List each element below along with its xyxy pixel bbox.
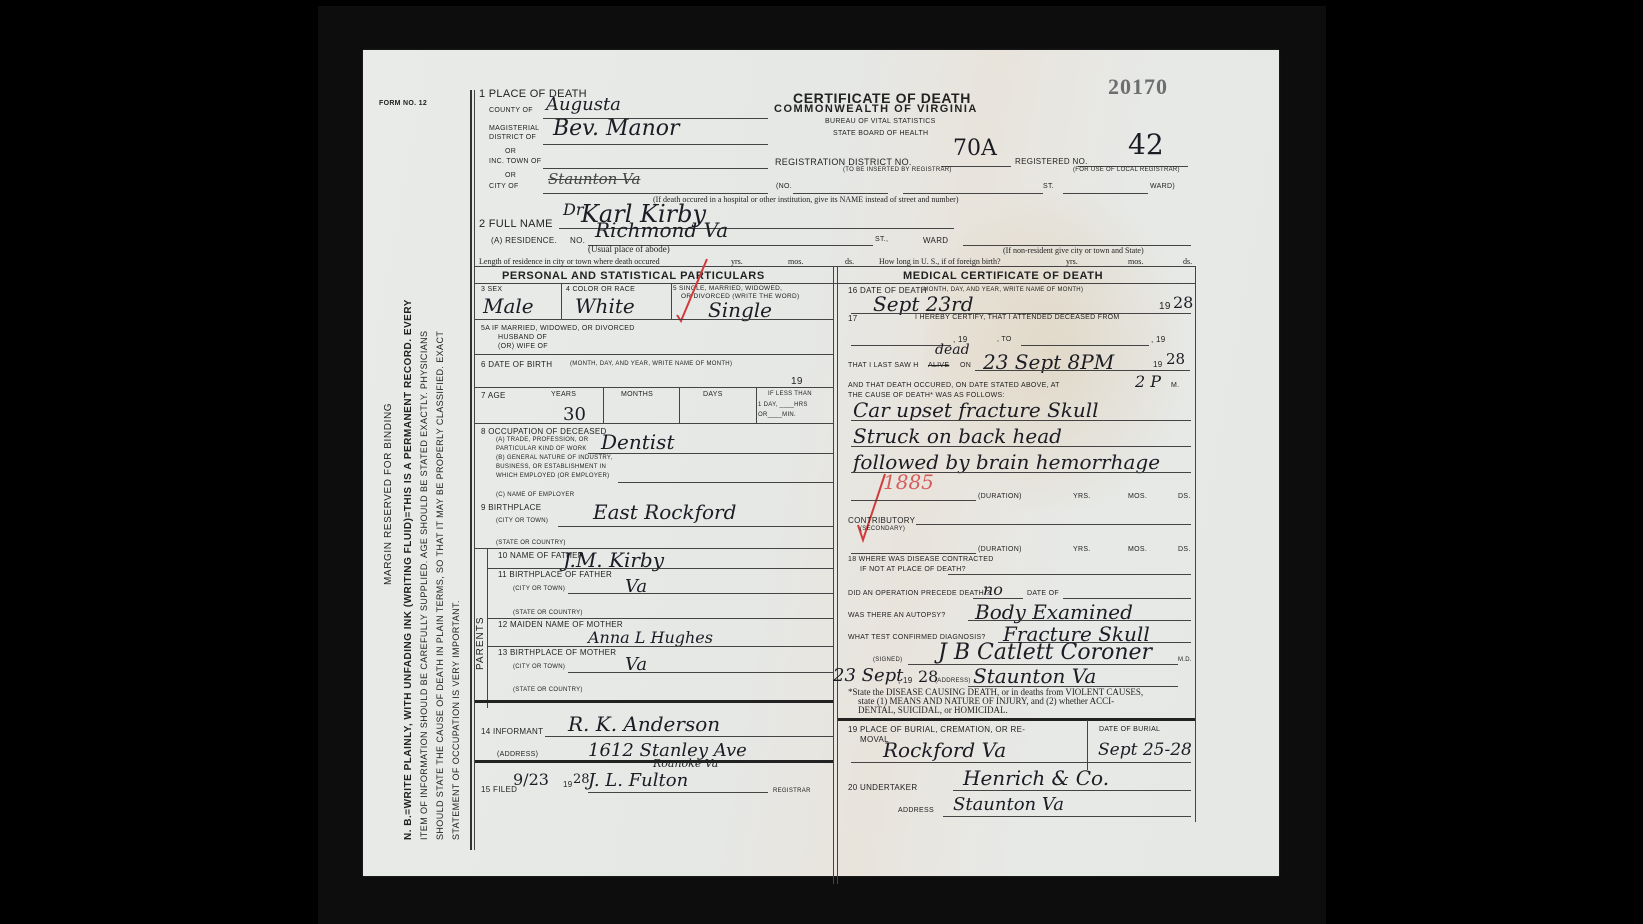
occ-b-1: (B) GENERAL NATURE OF INDUSTRY, — [496, 455, 612, 461]
length-residence-label: Length of residence in city or town wher… — [479, 257, 660, 266]
sex-value: Male — [483, 294, 534, 318]
occupation-value: Dentist — [601, 430, 675, 454]
mother-bp-line — [568, 672, 833, 673]
race-marital-divider — [671, 283, 672, 319]
parents-label: PARENTS — [475, 617, 486, 671]
residence-ward-label: WARD — [923, 236, 948, 245]
on-label: ON — [960, 362, 971, 369]
county-label: COUNTY OF — [489, 107, 533, 114]
informant-address-value-2: Roanoke Va — [653, 757, 718, 770]
years-label: YEARS — [551, 391, 576, 398]
undertaker-label: 20 UNDERTAKER — [848, 783, 917, 792]
column-divider-2 — [837, 266, 838, 884]
occ-b-2: BUSINESS, OR ESTABLISHMENT IN — [496, 464, 606, 470]
informant-bottom-rule — [475, 760, 833, 763]
ward-line — [1063, 193, 1148, 194]
row6-line — [475, 387, 833, 388]
less-than-label-2: 1 DAY, ____HRS — [758, 402, 808, 408]
months-label: MONTHS — [621, 391, 653, 398]
occupation-label: 8 OCCUPATION OF DECEASED — [481, 427, 607, 436]
full-name-label: 2 FULL NAME — [479, 218, 553, 230]
form-border-right — [1195, 266, 1196, 822]
parents-bracket — [487, 548, 488, 708]
residence-no-label: NO. — [570, 236, 585, 245]
autopsy-line — [968, 620, 1191, 621]
parents-bottom-rule — [475, 700, 833, 703]
mother-state-label: (STATE OR COUNTRY) — [513, 687, 583, 693]
attend-to-line — [1021, 345, 1149, 346]
death-occurred-time: 2 P — [1135, 372, 1161, 391]
or-label-2: OR — [505, 172, 516, 179]
date-of-label: DATE OF — [1027, 590, 1059, 597]
st-label: ST. — [1043, 183, 1054, 190]
filed-label: 15 FILED — [481, 785, 517, 794]
occ-a-1: (A) TRADE, PROFESSION, OR — [496, 437, 588, 443]
registered-note: (FOR USE OF LOCAL REGISTRAR) — [1073, 167, 1180, 173]
occ-b-3: WHICH EMPLOYED (OR EMPLOYER) — [496, 473, 609, 479]
mother-birthplace-label: 13 BIRTHPLACE OF MOTHER — [498, 648, 616, 657]
certificate-subtitle: COMMONWEALTH OF VIRGINIA — [774, 103, 978, 115]
birthplace-value: East Rockford — [593, 500, 736, 524]
dob-label: 6 DATE OF BIRTH — [481, 360, 552, 369]
footnote-3: DENTAL, SUICIDAL, or HOMICIDAL. — [858, 705, 1008, 715]
duration-1-ds: DS. — [1178, 493, 1191, 500]
dead-insert: dead — [935, 342, 970, 358]
board-label: STATE BOARD OF HEALTH — [833, 130, 928, 137]
occupation-line — [588, 453, 833, 454]
last-saw-line — [975, 370, 1190, 371]
informant-value: R. K. Anderson — [568, 712, 720, 736]
registered-no-value: 42 — [1128, 128, 1164, 161]
undertaker-address-label: ADDRESS — [898, 807, 934, 814]
stamp-number: 20170 — [1108, 74, 1168, 100]
margin-binding-note: MARGIN RESERVED FOR BINDING — [383, 403, 394, 585]
nonresident-note: (If non-resident give city or town and S… — [1003, 246, 1144, 255]
margin-instruction-3: SHOULD STATE THE CAUSE OF DEATH IN PLAIN… — [435, 331, 445, 840]
foreign-ds: ds. — [1183, 257, 1192, 266]
medical-heading: MEDICAL CERTIFICATE OF DEATH — [903, 270, 1103, 282]
registrar-label: REGISTRAR — [773, 788, 811, 794]
sign-date-value: 23 Sept — [833, 665, 903, 686]
district-note: (TO BE INSERTED BY REGISTRAR) — [843, 167, 952, 173]
operation-label: DID AN OPERATION PRECEDE DEATH ? — [848, 590, 990, 597]
duration-1-label: (DURATION) — [978, 493, 1022, 500]
duration-2-ds: DS. — [1178, 546, 1191, 553]
personal-heading: PERSONAL AND STATISTICAL PARTICULARS — [502, 270, 765, 282]
birthplace-label: 9 BIRTHPLACE — [481, 503, 541, 512]
registered-no-label: REGISTERED NO. — [1015, 157, 1088, 166]
duration-2-yrs: YRS. — [1073, 546, 1091, 553]
address-value: Staunton Va — [973, 664, 1096, 688]
duration-2-label: (DURATION) — [978, 546, 1022, 553]
magisterial-label-1: MAGISTERIAL — [489, 125, 539, 132]
signed-label: (SIGNED) — [873, 657, 902, 663]
or-label-1: OR — [505, 148, 516, 155]
informant-line — [545, 736, 833, 737]
last-saw-year-value: 28 — [1166, 350, 1185, 368]
employer-label: (C) NAME OF EMPLOYER — [496, 492, 574, 498]
address-label: (ADDRESS) — [935, 678, 971, 684]
undertaker-address-value: Staunton Va — [953, 794, 1064, 815]
cause-line-2: Struck on back head — [853, 424, 1062, 448]
row11-line — [487, 618, 833, 619]
registrar-line — [588, 792, 768, 793]
city-line — [543, 193, 768, 194]
to-19: , 19 — [1151, 335, 1166, 344]
no-line — [793, 193, 888, 194]
row5-line — [475, 319, 833, 320]
md-label: M.D. — [1178, 657, 1192, 663]
magisterial-line — [543, 144, 768, 145]
magisterial-label-2: DISTRICT OF — [489, 134, 536, 141]
death-occurred-label: AND THAT DEATH OCCURED, ON DATE STATED A… — [848, 382, 1060, 389]
father-bp-line — [568, 593, 833, 594]
county-value: Augusta — [546, 94, 621, 115]
foreign-mos: mos. — [1128, 257, 1143, 266]
contracted-label-1: 18 WHERE WAS DISEASE CONTRACTED — [848, 556, 994, 563]
foreign-yrs: yrs. — [1066, 257, 1078, 266]
race-value: White — [575, 294, 635, 318]
abode-note: (Usual place of abode) — [588, 244, 670, 254]
operation-line — [973, 598, 1023, 599]
inc-town-line — [543, 168, 768, 169]
form-number: FORM NO. 12 — [379, 100, 427, 107]
contributory-line — [916, 524, 1191, 525]
undertaker-value: Henrich & Co. — [963, 766, 1109, 790]
certify-number: 17 — [848, 314, 858, 323]
foreign-birth-label: How long in U. S., if of foreign birth? — [879, 257, 1001, 266]
ward-label: WARD) — [1150, 183, 1175, 190]
margin-instruction-1: N. B.=WRITE PLAINLY, WITH UNFADING INK (… — [403, 299, 414, 840]
length-mos: mos. — [788, 257, 803, 266]
father-city-label: (CITY OR TOWN) — [513, 586, 565, 592]
to-label: , TO — [997, 336, 1012, 343]
alive-struck: ALIVE — [928, 362, 949, 369]
industry-line — [618, 482, 833, 483]
birthplace-state-label: (STATE OR COUNTRY) — [496, 540, 566, 546]
undertaker-line — [953, 790, 1191, 791]
duration-1-yrs: YRS. — [1073, 493, 1091, 500]
autopsy-label: WAS THERE AN AUTOPSY? — [848, 612, 946, 619]
father-birthplace-label: 11 BIRTHPLACE OF FATHER — [498, 570, 612, 579]
signed-value: J B Catlett Coroner — [938, 640, 1152, 665]
cause-rule-2 — [851, 446, 1191, 447]
contracted-label-2: IF NOT AT PLACE OF DEATH? — [860, 566, 966, 573]
red-check-mark-icon — [673, 255, 713, 325]
magisterial-value: Bev. Manor — [553, 116, 680, 141]
burial-date-value: Sept 25-28 — [1098, 740, 1192, 760]
less-than-label-3: OR____MIN. — [758, 412, 796, 418]
age-label: 7 AGE — [481, 391, 506, 400]
city-value-struck: Staunton Va — [548, 170, 640, 188]
last-saw-year-prefix: 19 — [1153, 360, 1163, 369]
medical-bottom-rule — [838, 718, 1195, 721]
dob-note: (MONTH, DAY, AND YEAR, WRITE NAME OF MON… — [570, 361, 732, 367]
father-state-label: (STATE OR COUNTRY) — [513, 610, 583, 616]
residence-label: (A) RESIDENCE. — [491, 236, 557, 245]
duration-2-mos: MOS. — [1128, 546, 1147, 553]
no-label: (NO. — [776, 183, 792, 190]
sign-year-prefix: , 19 — [898, 676, 913, 685]
contributory-label: CONTRIBUTORY — [848, 516, 915, 525]
burial-value: Rockford Va — [883, 738, 1006, 762]
duration-1-line — [851, 500, 976, 501]
mother-line — [487, 646, 833, 647]
occ-a-2: PARTICULAR KIND OF WORK — [496, 446, 587, 452]
years-months-divider — [603, 387, 604, 423]
row7-line — [475, 423, 833, 424]
spouse-label-1: 5A IF MARRIED, WIDOWED, OR DIVORCED — [481, 325, 635, 332]
days-label: DAYS — [703, 391, 723, 398]
inc-town-label: INC. TOWN OF — [489, 158, 541, 165]
filed-year-prefix: 19 — [563, 780, 573, 789]
death-certificate: FORM NO. 12 MARGIN RESERVED FOR BINDING … — [363, 50, 1279, 876]
race-label: 4 COLOR OR RACE — [566, 286, 635, 293]
father-line — [487, 568, 833, 569]
margin-instruction-2: ITEM OF INFORMATION SHOULD BE CAREFULLY … — [419, 331, 429, 840]
m-label: M. — [1171, 382, 1179, 389]
duration-2-line — [851, 553, 976, 554]
sex-label: 3 SEX — [481, 286, 502, 293]
mother-city-label: (CITY OR TOWN) — [513, 664, 565, 670]
row5a-line — [475, 354, 833, 355]
registration-district-value: 70A — [953, 136, 997, 161]
informant-address-label: (ADDRESS) — [497, 751, 538, 758]
length-ds: ds. — [845, 257, 854, 266]
column-divider — [833, 266, 834, 884]
filed-date-value: 9/23 — [513, 770, 549, 789]
secondary-label: (SECONDARY) — [860, 526, 905, 532]
duration-1-mos: MOS. — [1128, 493, 1147, 500]
dod-year-value: 28 — [1173, 293, 1193, 312]
last-saw-label: THAT I LAST SAW H — [848, 362, 919, 369]
days-less-divider — [756, 387, 757, 423]
undertaker-address-line — [943, 816, 1191, 817]
residence-st-label: ST., — [875, 236, 888, 243]
birthplace-line — [558, 526, 833, 527]
registrar-signature: J. L. Fulton — [588, 770, 688, 791]
city-label: CITY OF — [489, 183, 519, 190]
street-line — [903, 193, 1043, 194]
burial-line — [851, 762, 1191, 763]
certify-label: I HEREBY CERTIFY, THAT I ATTENDED DECEAS… — [915, 314, 1120, 321]
less-than-label-1: IF LESS THAN — [768, 391, 812, 397]
cause-rule-1 — [851, 420, 1191, 421]
dob-year-prefix: 19 — [791, 376, 803, 387]
birthplace-city-label: (CITY OR TOWN) — [496, 518, 548, 524]
mother-name-value: Anna L Hughes — [588, 628, 713, 647]
contracted-line — [948, 574, 1191, 575]
section-heading-line — [475, 283, 1195, 284]
cause-line-1: Car upset fracture Skull — [853, 398, 1099, 422]
burial-date-label: DATE OF BURIAL — [1099, 726, 1160, 733]
registration-district-label: REGISTRATION DISTRICT NO. — [775, 157, 912, 167]
informant-label: 14 INFORMANT — [481, 727, 543, 736]
residence-value: Richmond Va — [595, 218, 728, 242]
burial-label-1: 19 PLACE OF BURIAL, CREMATION, OR RE- — [848, 725, 1025, 734]
bureau-label: BUREAU OF VITAL STATISTICS — [825, 118, 936, 125]
header-bottom-line — [475, 266, 1195, 267]
form-border-left — [470, 90, 472, 850]
operation-date-line — [1063, 598, 1191, 599]
operation-value: no — [983, 580, 1003, 599]
form-border-left-inner — [474, 90, 475, 850]
sex-race-divider — [561, 283, 562, 319]
margin-instruction-4: STATEMENT OF OCCUPATION IS VERY IMPORTAN… — [451, 600, 461, 840]
length-yrs: yrs. — [731, 257, 743, 266]
spouse-label-3: (OR) WIFE OF — [498, 343, 548, 350]
dod-year-prefix: 19 — [1159, 301, 1171, 312]
red-pencil-mark-icon — [853, 470, 893, 545]
spouse-label-2: HUSBAND OF — [498, 334, 547, 341]
months-days-divider — [679, 387, 680, 423]
age-years-value: 30 — [563, 404, 586, 425]
